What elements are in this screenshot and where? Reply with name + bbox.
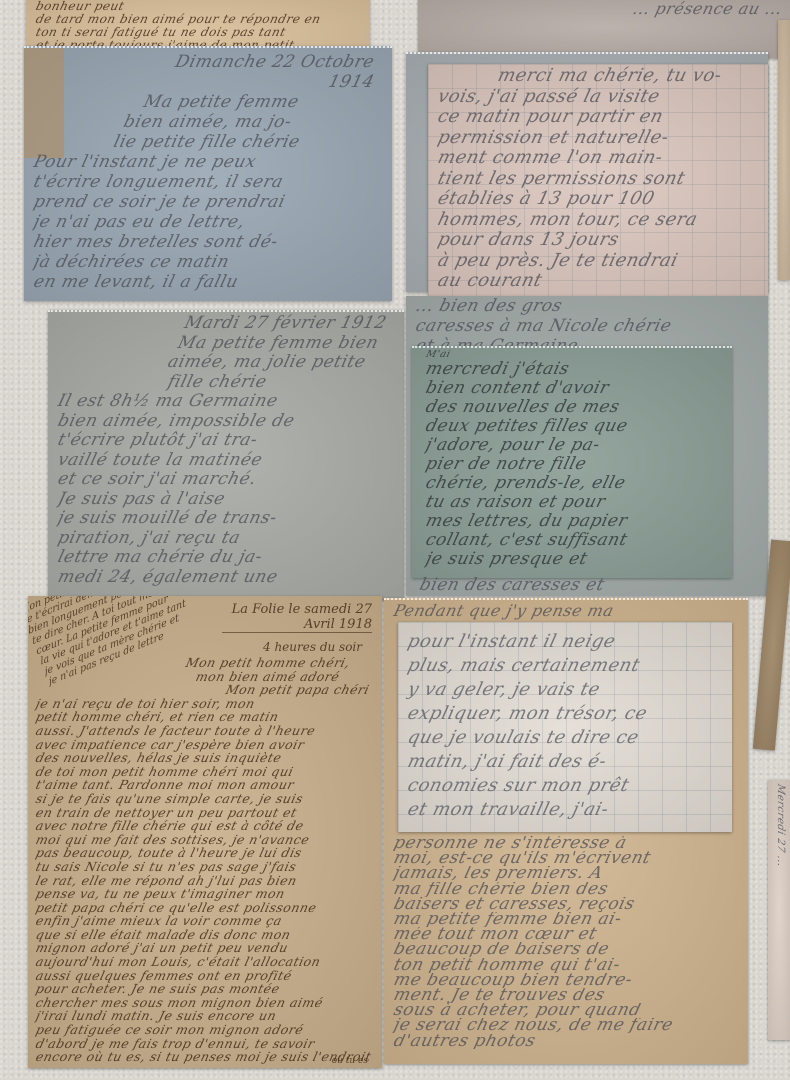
text-line: et ce soir j'ai marché. [56, 470, 399, 490]
letter-date: La Folie le samedi 27 Avril 1918 [222, 602, 372, 633]
text-line: plus, mais certainement [405, 654, 727, 678]
text-line: si je te fais qu'une simple carte, je su… [34, 792, 375, 806]
text-line: vois, j'ai passé la visite [435, 87, 762, 108]
text-line: bien content d'avoir [424, 379, 727, 398]
text-line: Je suis pas à l'aise [56, 490, 399, 510]
text-line: tient les permissions sont [435, 169, 762, 190]
text-line: que je voulais te dire ce [405, 726, 727, 750]
text-line: bonheur peut [34, 0, 363, 13]
salutation: aimée, ma jolie petite [56, 353, 399, 373]
text-line: pier de notre fille [424, 455, 727, 474]
text-line: matin, j'ai fait des é- [405, 750, 727, 774]
letter-card-1918: Mon petit homme chéri je t'écrirai demai… [28, 596, 382, 1068]
letter-strip-right-lower: Mercredi 27 ... [768, 780, 790, 1040]
letter-card-top-right-mauve: ... présence au ... [418, 0, 790, 58]
text-line: ... bien des gros [414, 296, 763, 316]
text-line: le rat, elle me répond ah j'lui pas bien [34, 874, 375, 888]
text-line: pour l'instant il neige [405, 630, 727, 654]
letter-card-blue-1914: Dimanche 22 Octobre 1914 Ma petite femme… [24, 46, 392, 301]
letter-card-green: M'ai mercredi j'étais bien content d'avo… [412, 346, 732, 578]
text-line: jamais, les premiers. A [392, 866, 742, 881]
text-line: peu fatiguée ce soir mon mignon adoré [34, 1023, 375, 1037]
letter-year: 1914 [32, 72, 387, 92]
time-note: 4 heures du soir [263, 640, 362, 654]
text-line: encore où tu es, si tu penses moi je sui… [34, 1050, 375, 1064]
handwriting-bottom: personne ne s'intéresse à moi, est-ce qu… [394, 836, 740, 1060]
text-line: pas beaucoup, toute à l'heure je lui dis [34, 846, 375, 860]
text-line: baisers et caresses, reçois [392, 897, 742, 912]
text-line: t'écrire plutôt j'ai tra- [56, 431, 399, 451]
handwriting: pour l'instant il neige plus, mais certa… [408, 630, 724, 828]
text-line: t'aime tant. Pardonne moi mon amour [34, 778, 375, 792]
text-line: t'écrire longuement, il sera [32, 172, 387, 192]
text-line: bien des caresses et [418, 575, 723, 595]
text-line: beaucoup de baisers de [392, 942, 742, 957]
text-line: ... présence au ... [426, 0, 784, 18]
text-line: caresses à ma Nicole chérie [414, 316, 763, 336]
text-line: ma fille chérie bien des [392, 882, 742, 897]
text-line: petit papa chéri ce qu'elle est polisson… [34, 901, 375, 915]
text-line: d'abord je me fais trop d'ennui, te savo… [34, 1037, 375, 1051]
text-line: enfin j'aime mieux la voir comme ça [34, 914, 375, 928]
text-line: je serai chez nous, de me faire [392, 1018, 742, 1033]
handwriting: ... présence au ... [428, 0, 782, 54]
handwriting: M'ai mercredi j'étais bien content d'avo… [426, 350, 724, 574]
text-line: tu sais Nicole si tu n'es pas sage j'fai… [34, 860, 375, 874]
text-line: de tard mon bien aimé pour te répondre e… [34, 13, 363, 26]
handwriting: Dimanche 22 Octobre 1914 Ma petite femme… [34, 52, 384, 297]
text-line: vaillé toute la matinée [56, 451, 399, 471]
text-line: permission et naturelle- [435, 128, 762, 149]
text-line: Pendant que j'y pense ma [392, 602, 742, 620]
text-line: en train de nettoyer un peu partout et [34, 806, 375, 820]
salutation: fille chérie [56, 373, 399, 393]
text-line: medi 24, également une [56, 568, 399, 588]
text-line: en me levant, il a fallu [32, 272, 387, 292]
text-line: je n'ai reçu de toi hier soir, mon [34, 697, 375, 711]
corner-note: M'ai [425, 350, 725, 360]
text-line: expliquer, mon trésor, ce [405, 702, 727, 726]
handwriting: Mardi 27 février 1912 Ma petite femme bi… [58, 314, 396, 596]
green-card-tail-line: bien des caresses et [420, 575, 720, 597]
text-line: deux petites filles que [424, 417, 727, 436]
text-line: de toi mon petit homme chéri moi qui [34, 765, 375, 779]
text-line: conomies sur mon prêt [405, 774, 727, 798]
text-line: petit homme chéri, et rien ce matin [34, 710, 375, 724]
text-line: personne ne s'intéresse à [392, 836, 742, 851]
text-line: aussi quelques femmes ont en profité [34, 969, 375, 983]
text-line: mes lettres, du papier [424, 512, 727, 531]
text-line: lettre ma chérie du ja- [56, 548, 399, 568]
text-line: que si elle était malade dis donc mon [34, 928, 375, 942]
text-line: moi qui me fait des sottises, je n'avanc… [34, 833, 375, 847]
text-line: j'irai lundi matin. Je suis encore un [34, 1009, 375, 1023]
letter-card-pink-grid: merci ma chérie, tu vo- vois, j'ai passé… [428, 64, 768, 296]
letter-card-white-grid: pour l'instant il neige plus, mais certa… [398, 622, 732, 832]
text-line: pour acheter. Je ne suis pas montée [34, 982, 375, 996]
text-line: hommes, mon tour, ce sera [435, 210, 762, 231]
text-line: à peu près. Je te tiendrai [435, 251, 762, 272]
text-line: Mercredi 27 ... [775, 783, 786, 1026]
text-line: mée tout mon cœur et [392, 927, 742, 942]
text-line: Pour l'instant je ne peux [32, 152, 387, 172]
letter-strip-right-upper [778, 20, 790, 280]
text-line: établies à 13 pour 100 [435, 189, 762, 210]
text-line: avec impatience car j'espère bien avoir [34, 738, 375, 752]
salutation: mon bien aimé adoré [34, 670, 375, 684]
text-line: ment comme l'on main- [435, 148, 762, 169]
text-line: merci ma chérie, tu vo- [435, 66, 762, 87]
text-line: je suis presque et [424, 550, 727, 569]
salutation: Ma petite femme [32, 92, 387, 112]
letter-card-gray-1912: Mardi 27 février 1912 Ma petite femme bi… [48, 310, 404, 600]
text-line: aujourd'hui mon Louis, c'était l'allocat… [34, 955, 375, 969]
text-line: d'autres photos [392, 1034, 742, 1049]
text-line: avec notre fille chérie qui est à côté d… [34, 819, 375, 833]
text-line: bien aimée, impossible de [56, 412, 399, 432]
handwriting: Mercredi 27 ... [768, 784, 786, 1024]
text-line: chercher mes sous mon mignon bien aimé [34, 996, 375, 1010]
letter-date: Mardi 27 février 1912 [56, 314, 399, 334]
text-line: des nouvelles de mes [424, 398, 727, 417]
text-line: j'adore, pour le pa- [424, 436, 727, 455]
handwriting: merci ma chérie, tu vo- vois, j'ai passé… [438, 66, 760, 292]
text-line: au courant [435, 271, 762, 292]
text-line: ma petite femme bien ai- [392, 912, 742, 927]
text-line: ton ti serai fatigué tu ne dois pas tant [34, 26, 363, 39]
salutation: Mon petit homme chéri, [34, 656, 375, 670]
text-line: ton petit homme qui t'ai- [392, 958, 742, 973]
text-line: mignon adoré j'ai un petit peu vendu [34, 941, 375, 955]
text-line: ment. Je te trouves des [392, 988, 742, 1003]
text-line: Il est 8h½ ma Germaine [56, 392, 399, 412]
salutation: Mon petit papa chéri [34, 683, 375, 697]
text-line: aussi. J'attends le facteur toute à l'he… [34, 724, 375, 738]
salutation: Ma petite femme bien [56, 334, 399, 354]
salutation: bien aimée, ma jo- [32, 112, 387, 132]
handwriting: Mon petit homme chéri, mon bien aimé ado… [36, 656, 374, 1064]
text-line: je n'ai pas eu de lettre, [32, 212, 387, 232]
text-line: tu as raison et pour [424, 493, 727, 512]
text-line: pour dans 13 jours [435, 230, 762, 251]
text-line: et mon travaille, j'ai- [405, 798, 727, 822]
text-line: je suis mouillé de trans- [56, 509, 399, 529]
letter-date: Dimanche 22 Octobre [32, 52, 387, 72]
text-line: y va geler, je vais te [405, 678, 727, 702]
text-line: sous à acheter, pour quand [392, 1003, 742, 1018]
text-line: mercredi j'étais [424, 360, 727, 379]
text-line: collant, c'est suffisant [424, 531, 727, 550]
text-line: prend ce soir je te prendrai [32, 192, 387, 212]
text-line: piration, j'ai reçu ta [56, 529, 399, 549]
text-line: chérie, prends-le, elle [424, 474, 727, 493]
text-line: pense va, tu ne peux t'imaginer mon [34, 887, 375, 901]
footer-note: où tu es [332, 1056, 368, 1066]
text-line: hier mes bretelles sont dé- [32, 232, 387, 252]
salutation: lie petite fille chérie [32, 132, 387, 152]
text-line: des nouvelles, hélas je suis inquiète [34, 751, 375, 765]
text-line: jà déchirées ce matin [32, 252, 387, 272]
text-line: ce matin pour partir en [435, 107, 762, 128]
text-line: moi, est-ce qu'ils m'écrivent [392, 851, 742, 866]
text-line: me beaucoup bien tendre- [392, 973, 742, 988]
